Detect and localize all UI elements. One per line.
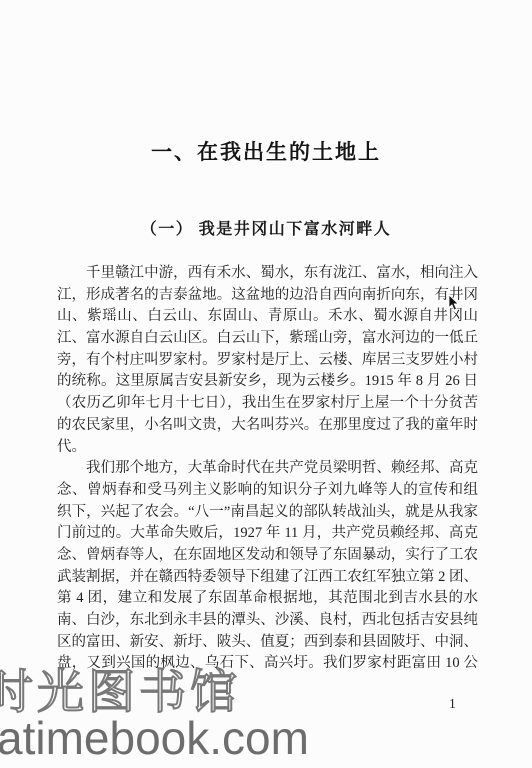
paragraph-1: 千里赣江中游，西有禾水、蜀水，东有泷江、富水，相向注入赣江，形成著名的吉泰盆地。…	[57, 263, 478, 458]
body-line: 江、富水源自白云山区。白云山下，紫瑶山旁，富水河边的一低丘	[57, 328, 478, 350]
body-line: 织下，兴起了农会。“八一”南昌起义的部队转战汕头，就是从我家	[57, 502, 478, 524]
body-line: 武装割据，并在赣西特委领导下组建了江西工农红军独立第 2 团、	[57, 567, 478, 589]
body-text: 千里赣江中游，西有禾水、蜀水，东有泷江、富水，相向注入赣江，形成著名的吉泰盆地。…	[57, 263, 478, 675]
page-number: 1	[449, 696, 456, 712]
body-line: （农历乙卯年七月十七日），我出生在罗家村厅上屋一个十分贫苦	[57, 393, 478, 415]
body-line: 念、曾炳春等人，在东固地区发动和领导了东固暴动，实行了工农	[57, 545, 478, 567]
book-page: { "document": { "chapter_title": "一、在我出生…	[0, 0, 532, 768]
body-line: 代。	[57, 437, 478, 459]
body-line: 第 4 团，建立和发展了东固革命根据地，其范围北到吉水县的水	[57, 588, 478, 610]
mouse-cursor-icon	[448, 295, 460, 311]
body-line: 的农民家里，小名叫文贵，大名叫芬兴。在那里度过了我的童年时	[57, 415, 478, 437]
watermark-website-text: atimebook.com	[0, 711, 309, 765]
body-line: 南、白沙，东北到永丰县的潭头、沙溪、良村，西北包括吉安县纯化	[57, 610, 478, 632]
body-line: 门前过的。大革命失败后，1927 年 11 月，共产党员赖经邦、高克	[57, 523, 478, 545]
body-line: 千里赣江中游，西有禾水、蜀水，东有泷江、富水，相向注入赣	[57, 263, 478, 285]
body-line: 区的富田、新安、新圩、陂头、值夏；西到泰和县固陂圩、中洞、老营	[57, 632, 478, 654]
section-title: （一） 我是井冈山下富水河畔人	[0, 216, 532, 239]
body-line: 我们那个地方，大革命时代在共产党员梁明哲、赖经邦、高克	[57, 458, 478, 480]
body-line: 念、曾炳春和受马列主义影响的知识分子刘九峰等人的宣传和组	[57, 480, 478, 502]
chapter-title: 一、在我出生的土地上	[0, 136, 532, 166]
body-line: 的统称。这里原属吉安县新安乡，现为云楼乡。1915 年 8 月 26 日	[57, 371, 478, 393]
body-line: 江，形成著名的吉泰盆地。这盆地的边沿自西向南折向东，有井冈	[57, 285, 478, 307]
body-line: 旁，有个村庄叫罗家村。罗家村是厅上、云楼、库居三支罗姓小村庄	[57, 350, 478, 372]
paragraph-2: 我们那个地方，大革命时代在共产党员梁明哲、赖经邦、高克念、曾炳春和受马列主义影响…	[57, 458, 478, 675]
body-line: 山、紫瑶山、白云山、东固山、青原山。禾水、蜀水源自井冈山区，泷	[57, 306, 478, 328]
